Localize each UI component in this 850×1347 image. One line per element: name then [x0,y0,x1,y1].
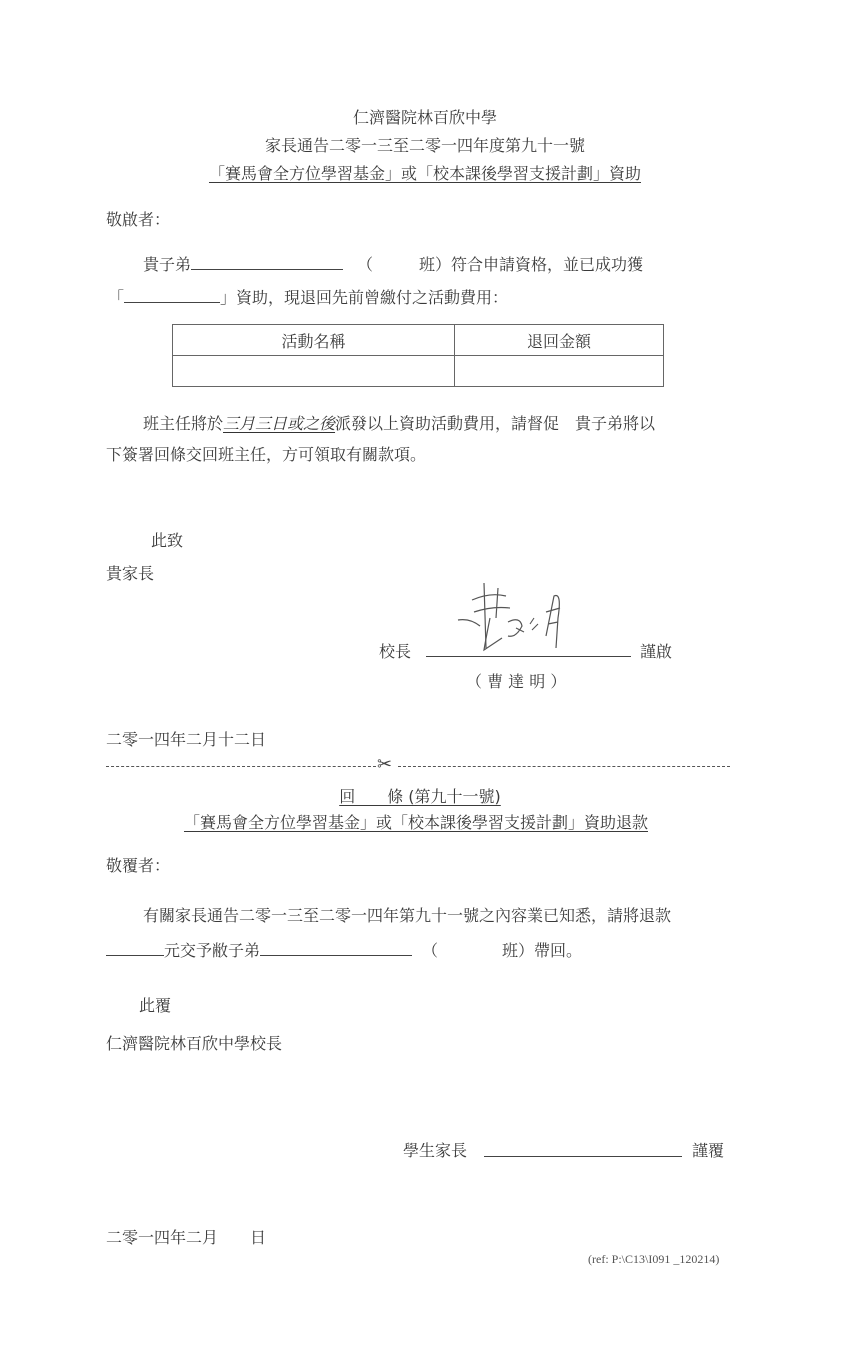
notice-subject-text: 「賽馬會全方位學習基金」或「校本課後學習支援計劃」資助 [209,164,641,183]
parent-sign-suffix: 謹覆 [692,1138,724,1161]
reply-student-name-blank[interactable] [260,954,412,956]
open-quote: 「 [108,288,124,307]
amount-suffix: 元交予敝子弟 [164,941,260,960]
cell-refund-amount[interactable] [455,356,664,387]
principal-name: （ 曹 達 明 ） [466,669,566,692]
parent-label: 學生家長 [403,1138,467,1161]
reply-subject-text: 「賽馬會全方位學習基金」或「校本課後學習支援計劃」資助退款 [184,813,648,832]
reply-date: 二零一四年二月 日 [106,1225,266,1248]
parent-signature-line[interactable] [484,1156,682,1157]
notice-subject: 「賽馬會全方位學習基金」或「校本課後學習支援計劃」資助 [0,161,850,184]
scissors-icon: ✂ [377,755,392,775]
header-activity-name: 活動名稱 [173,325,455,356]
reply-title-text: 回 條 (第九十一號) [339,787,501,806]
fund-name-blank[interactable] [124,301,220,303]
reply-paragraph-line-1: 有關家長通告二零一三至二零一四年第九十一號之內容業已知悉，請將退款 [143,903,671,926]
reply-subject: 「賽馬會全方位學習基金」或「校本課後學習支援計劃」資助退款 [0,810,841,833]
paren-open: （ [357,255,373,274]
para2-suffix: 派發以上資助活動費用，請督促 貴子弟將以 [335,414,655,433]
paragraph-2-line-1: 班主任將於三月三日或之後派發以上資助活動費用，請督促 貴子弟將以 [143,411,655,434]
cut-line-right [398,766,730,767]
notice-date: 二零一四年二月十二日 [106,727,266,750]
table-header-row: 活動名稱 退回金額 [173,325,664,356]
paragraph-1-line-1: 貴子弟（班）符合申請資格，並已成功獲 [143,252,643,275]
cell-activity-name[interactable] [173,356,455,387]
reply-closing-1: 此覆 [139,993,171,1016]
paragraph-2-line-2: 下簽署回條交回班主任，方可領取有關款項。 [106,442,426,465]
principal-signature-line [426,656,631,657]
principal-sign-suffix: 謹啟 [640,639,672,662]
reference-code: (ref: P:\C13\I091 _120214) [588,1252,719,1267]
principal-signature-icon [450,578,580,658]
paragraph-1-line-2: 「」資助，現退回先前曾繳付之活動費用： [108,285,508,308]
reply-paragraph-line-2: 元交予敝子弟（班）帶回。 [106,938,582,961]
notice-number: 家長通告二零一三至二零一四年度第九十一號 [0,133,850,156]
student-name-blank[interactable] [191,268,343,270]
salutation: 敬啟者： [106,207,170,230]
refund-amount-blank[interactable] [106,954,164,956]
reply-paren-open: （ [422,941,438,960]
paragraph-1-line-2-text: 」資助，現退回先前曾繳付之活動費用： [220,288,508,307]
closing-2: 貴家長 [106,561,154,584]
reply-title: 回 條 (第九十一號) [0,784,845,807]
header-refund-amount: 退回金額 [455,325,664,356]
para2-prefix: 班主任將於 [143,414,223,433]
reply-salutation: 敬覆者： [106,853,170,876]
principal-label: 校長 [379,639,411,662]
distribution-date-emphasis: 三月三日或之後 [223,414,335,433]
class-suffix: 班）符合申請資格，並已成功獲 [419,255,643,274]
student-label: 貴子弟 [143,255,191,274]
reply-class-suffix: 班）帶回。 [502,941,582,960]
refund-table: 活動名稱 退回金額 [172,324,664,387]
cut-line-left [106,766,376,767]
closing-1: 此致 [151,528,183,551]
reply-closing-2: 仁濟醫院林百欣中學校長 [106,1031,282,1054]
table-row [173,356,664,387]
school-name: 仁濟醫院林百欣中學 [0,105,850,128]
